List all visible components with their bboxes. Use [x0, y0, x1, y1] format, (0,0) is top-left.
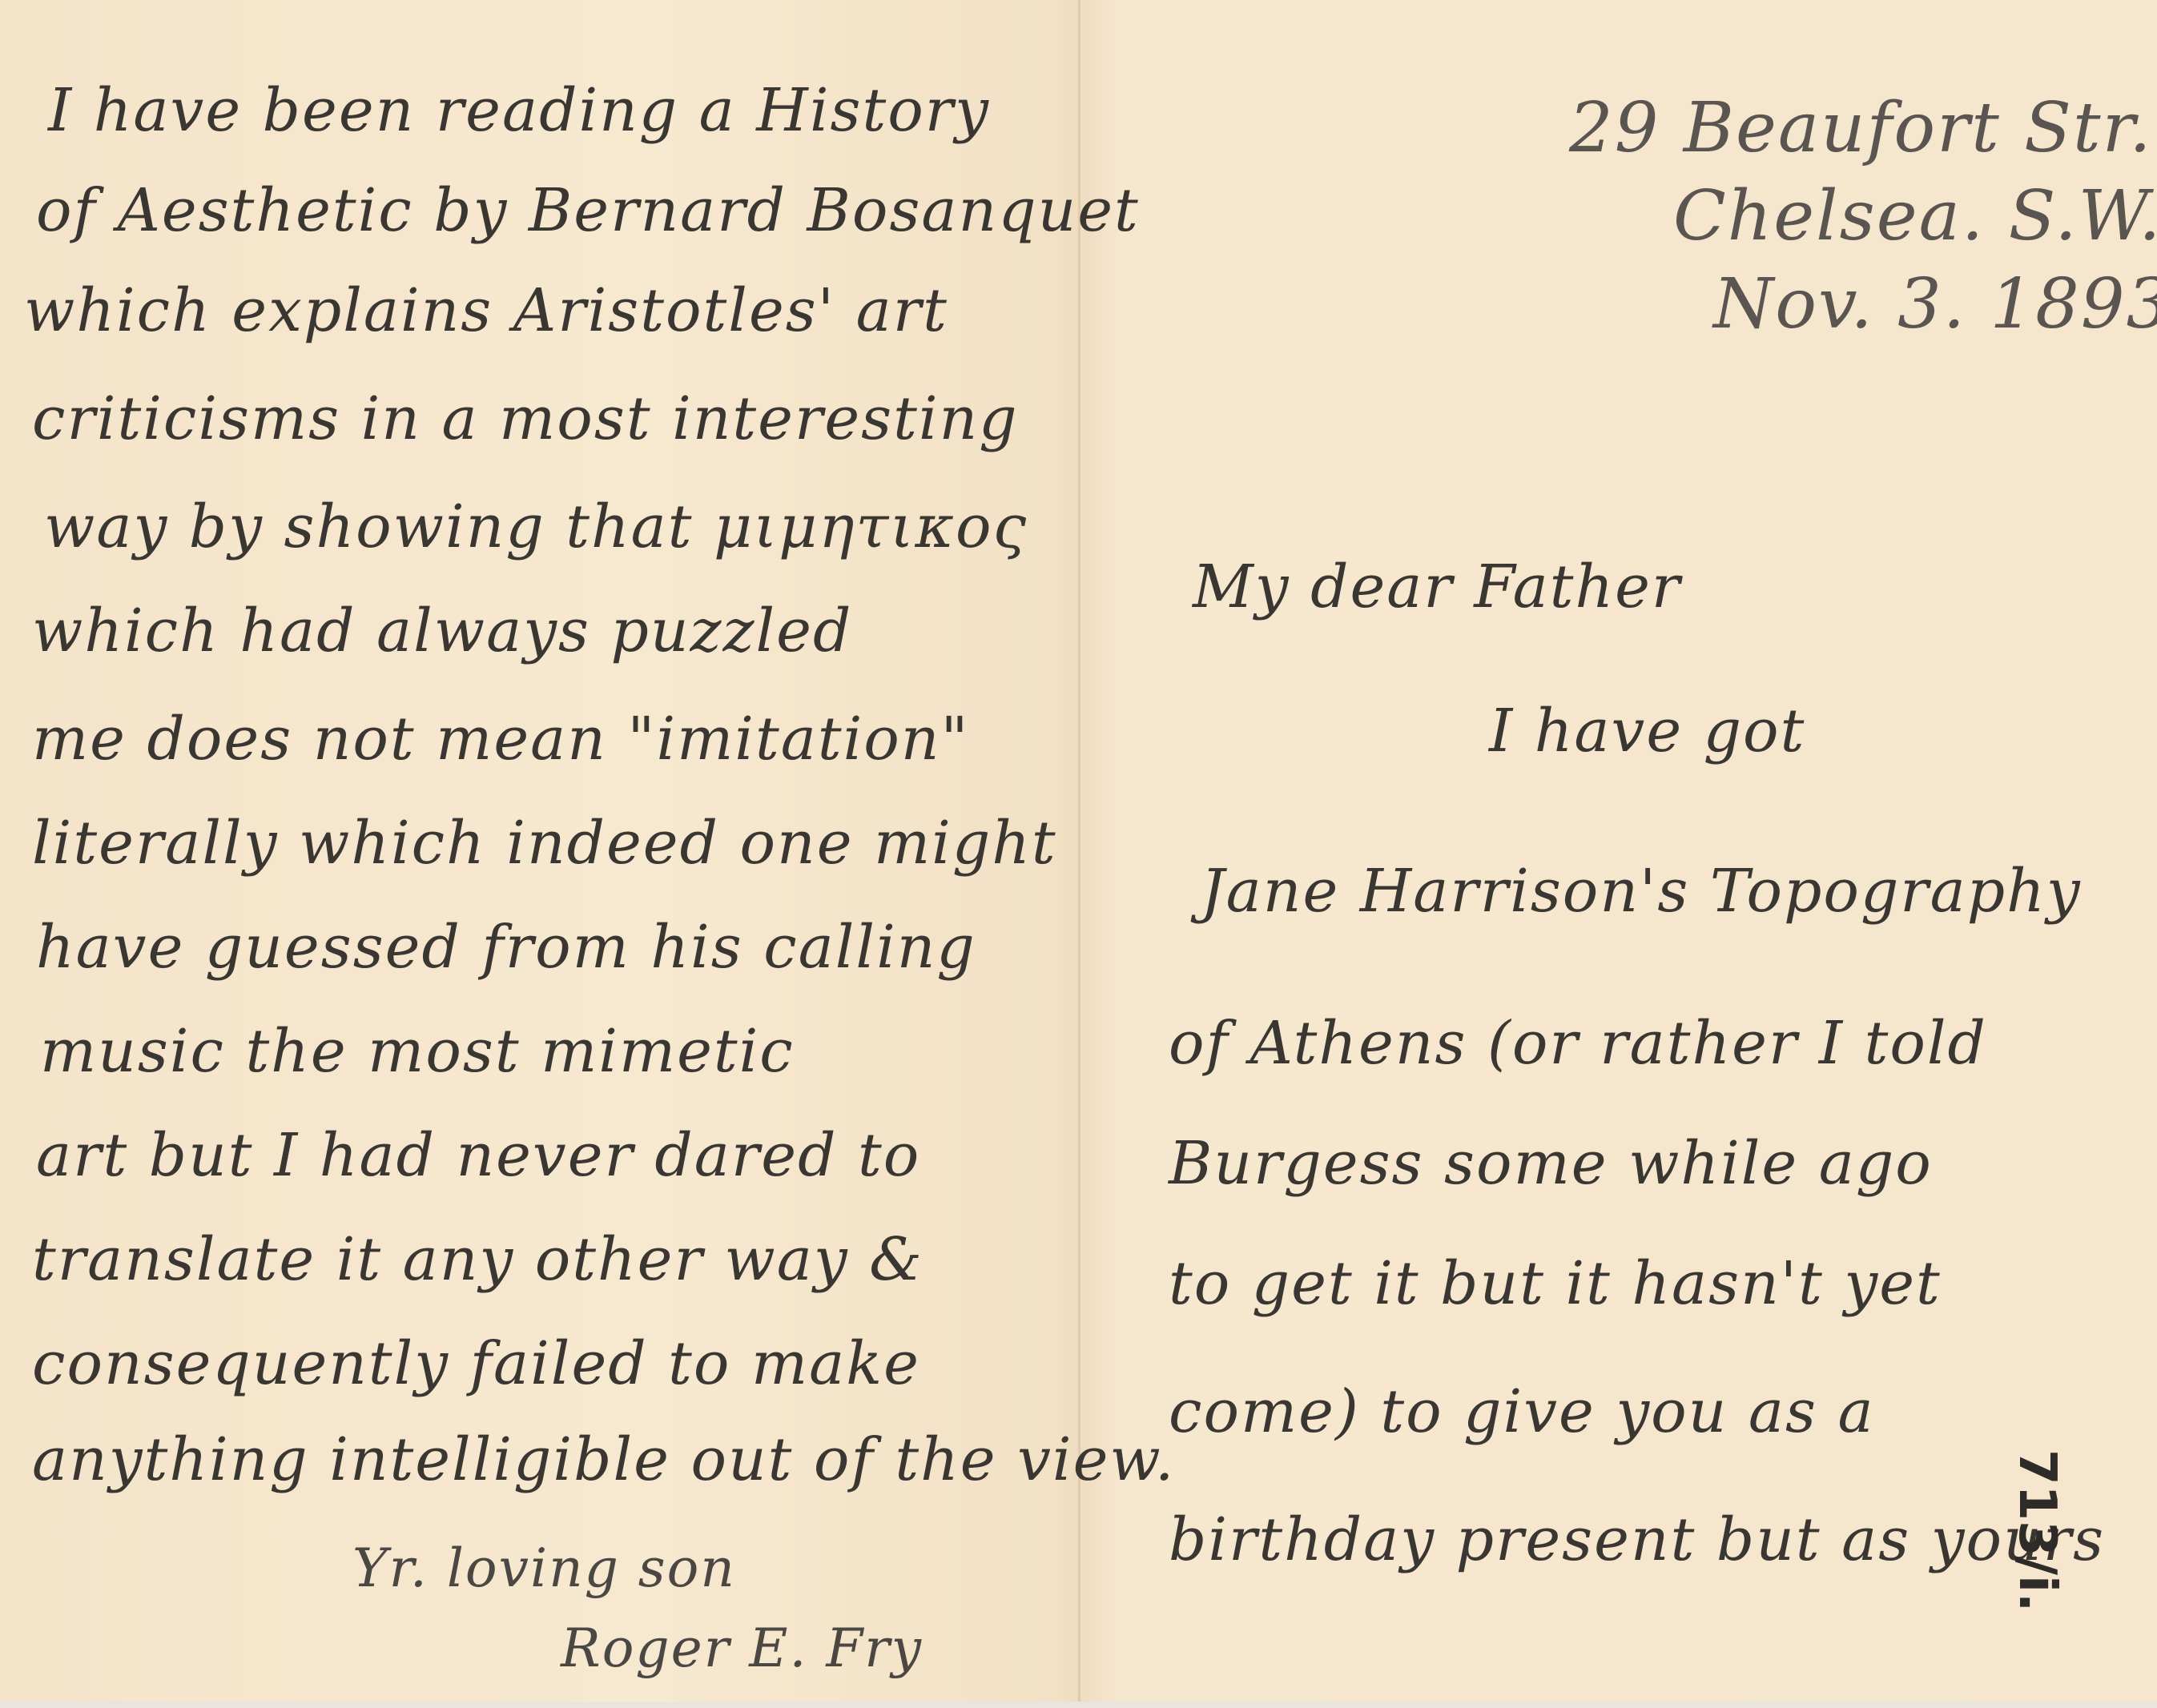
- text-line: literally which indeed one might: [32, 809, 1057, 878]
- left-page: I have been reading a History of Aesthet…: [0, 0, 1078, 1708]
- text-line: of Aesthetic by Bernard Bosanquet: [36, 176, 1140, 245]
- text-line: I have got: [1489, 697, 1805, 766]
- text-line: criticisms in a most interesting: [32, 384, 1019, 453]
- text-line: which explains Aristotles' art: [24, 276, 948, 345]
- text-line: way by showing that μιμητικος: [44, 492, 1028, 561]
- date: Nov. 3. 1893.: [1713, 264, 2157, 344]
- text-line: which had always puzzled: [32, 597, 852, 665]
- address-line: 29 Beaufort Str.: [1569, 88, 2153, 168]
- text-line: anything intelligible out of the view.: [32, 1425, 1175, 1494]
- text-line: birthday present but as yours: [1169, 1505, 2105, 1574]
- signature: Roger E. Fry: [561, 1618, 923, 1679]
- catalog-mark: 713/i.: [2007, 1449, 2066, 1612]
- right-page: 29 Beaufort Str. Chelsea. S.W. Nov. 3. 1…: [1081, 0, 2157, 1708]
- text-line: translate it any other way &: [32, 1225, 924, 1294]
- text-line: Burgess some while ago: [1169, 1129, 1933, 1198]
- text-line: of Athens (or rather I told: [1169, 1009, 1987, 1078]
- address-line: Chelsea. S.W.: [1673, 176, 2157, 256]
- text-line: consequently failed to make: [32, 1329, 920, 1398]
- paper-edge: [0, 1702, 2157, 1708]
- text-line: art but I had never dared to: [36, 1121, 920, 1190]
- text-line: to get it but it hasn't yet: [1169, 1249, 1942, 1318]
- text-line: me does not mean "imitation": [32, 705, 969, 774]
- closing: Yr. loving son: [352, 1537, 736, 1599]
- text-line: Jane Harrison's Topography: [1201, 857, 2082, 926]
- text-line: music the most mimetic: [40, 1017, 795, 1086]
- salutation: My dear Father: [1193, 553, 1681, 621]
- text-line: have guessed from his calling: [36, 913, 976, 982]
- text-line: come) to give you as a: [1169, 1377, 1875, 1446]
- text-line: I have been reading a History: [48, 76, 990, 145]
